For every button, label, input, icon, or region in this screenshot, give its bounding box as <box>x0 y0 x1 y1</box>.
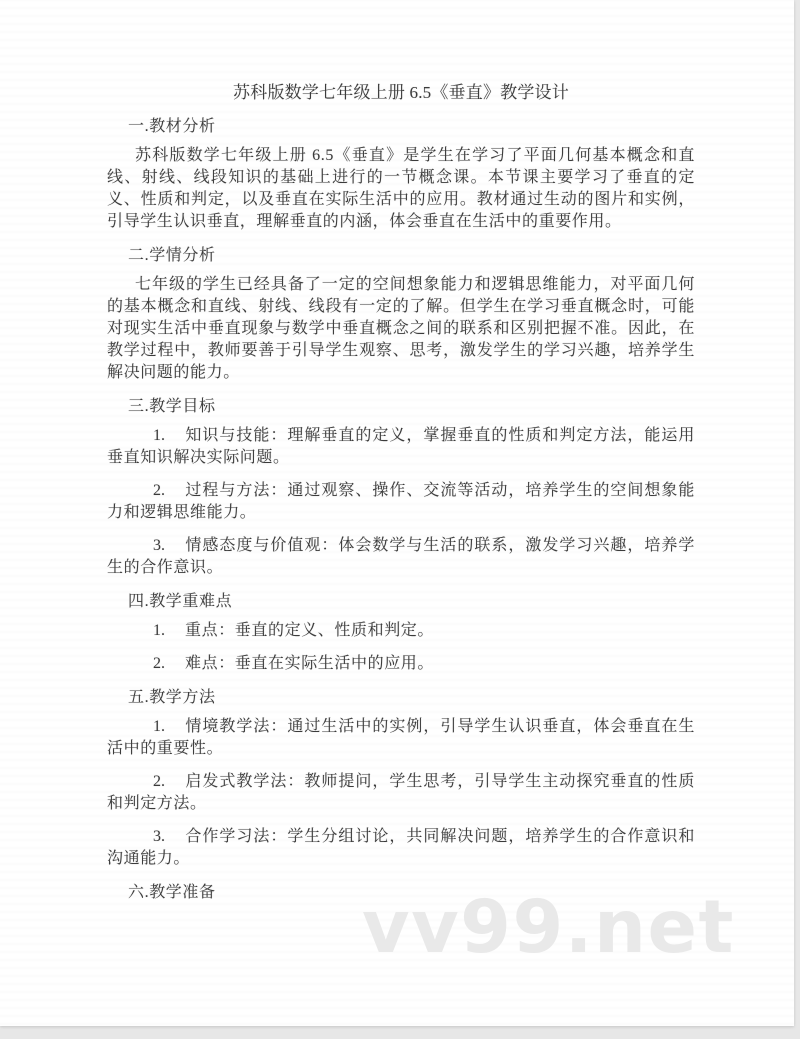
list-item-text: 过程与方法：通过观察、操作、交流等活动，培养学生的空间想象能力和逻辑思维能力。 <box>107 482 695 521</box>
paragraph-material-analysis: 苏科版数学七年级上册 6.5《垂直》是学生在学习了平面几何基本概念和直线、射线、… <box>107 145 695 233</box>
list-item-text: 合作学习法：学生分组讨论，共同解决问题，培养学生的合作意识和沟通能力。 <box>107 828 695 867</box>
document-title: 苏科版数学七年级上册 6.5《垂直》教学设计 <box>107 82 695 104</box>
paragraph-learner-analysis: 七年级的学生已经具备了一定的空间想象能力和逻辑思维能力，对平面几何的基本概念和直… <box>107 274 695 384</box>
section-heading-learner-analysis: 二.学情分析 <box>128 245 695 267</box>
section-heading-teaching-preparation: 六.教学准备 <box>128 882 695 904</box>
list-item-text: 知识与技能：理解垂直的定义，掌握垂直的性质和判定方法，能运用垂直知识解决实际问题… <box>107 427 695 466</box>
section-heading-teaching-goals: 三.教学目标 <box>128 396 695 418</box>
section-heading-teaching-methods: 五.教学方法 <box>128 687 695 709</box>
list-item-number: 1. <box>153 718 165 735</box>
list-item-number: 3. <box>153 828 165 845</box>
list-item: 1.情境教学法：通过生活中的实例，引导学生认识垂直，体会垂直在生活中的重要性。 <box>107 716 695 760</box>
list-item: 1.重点：垂直的定义、性质和判定。 <box>107 620 695 642</box>
list-item-number: 3. <box>153 537 165 554</box>
list-item-text: 情境教学法：通过生活中的实例，引导学生认识垂直，体会垂直在生活中的重要性。 <box>107 718 695 757</box>
section-heading-material-analysis: 一.教材分析 <box>128 116 695 138</box>
document-page: vv99.net 苏科版数学七年级上册 6.5《垂直》教学设计 一.教材分析 苏… <box>0 0 794 1026</box>
list-item: 2.启发式教学法：教师提问，学生思考，引导学生主动探究垂直的性质和判定方法。 <box>107 771 695 815</box>
list-item-text: 情感态度与价值观：体会数学与生活的联系，激发学习兴趣，培养学生的合作意识。 <box>107 537 695 576</box>
list-item-text: 重点：垂直的定义、性质和判定。 <box>185 622 434 639</box>
list-item-text: 启发式教学法：教师提问，学生思考，引导学生主动探究垂直的性质和判定方法。 <box>107 773 695 812</box>
list-item-text: 难点：垂直在实际生活中的应用。 <box>185 655 434 672</box>
list-item: 2.难点：垂直在实际生活中的应用。 <box>107 653 695 675</box>
list-item-number: 1. <box>153 427 165 444</box>
list-item-number: 1. <box>153 622 165 639</box>
list-item-number: 2. <box>153 773 165 790</box>
list-item-number: 2. <box>153 482 165 499</box>
list-item: 2.过程与方法：通过观察、操作、交流等活动，培养学生的空间想象能力和逻辑思维能力… <box>107 480 695 524</box>
list-item: 3.合作学习法：学生分组讨论，共同解决问题，培养学生的合作意识和沟通能力。 <box>107 826 695 870</box>
document-content: 苏科版数学七年级上册 6.5《垂直》教学设计 一.教材分析 苏科版数学七年级上册… <box>0 0 794 904</box>
list-item: 3.情感态度与价值观：体会数学与生活的联系，激发学习兴趣，培养学生的合作意识。 <box>107 535 695 579</box>
list-item: 1.知识与技能：理解垂直的定义，掌握垂直的性质和判定方法，能运用垂直知识解决实际… <box>107 425 695 469</box>
section-heading-key-difficult-points: 四.教学重难点 <box>128 591 695 613</box>
list-item-number: 2. <box>153 655 165 672</box>
